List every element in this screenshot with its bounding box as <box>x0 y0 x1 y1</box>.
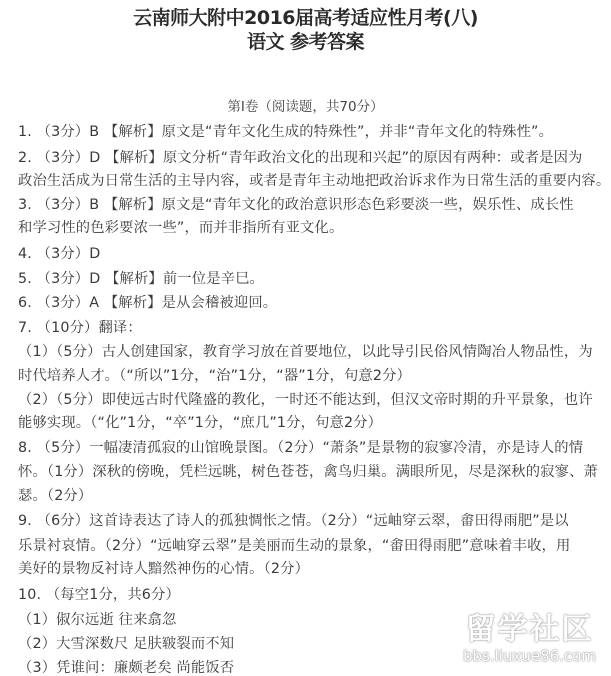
answer-line: 美好的景物反衬诗人黯然神伤的心情。（2分） <box>18 558 608 578</box>
answer-line: 1. （3分）B 【解析】原文是“青年文化生成的特殊性”，并非“青年文化的特殊性… <box>18 121 608 141</box>
answer-line: 6. （3分）A 【解析】是从会稽被迎回。 <box>18 292 608 312</box>
answer-line: （2）（5分）即使远古时代隆盛的教化，一时还不能达到，但汉文帝时期的升平景象，也… <box>18 389 608 409</box>
answer-line: 政治生活成为日常生活的主导内容，或者是青年主动地把政治诉求作为日常生活的重要内容… <box>18 170 608 190</box>
answer-line: 2. （3分）D 【解析】原文分析“青年政治文化的出现和兴起”的原因有两种：或者… <box>18 147 608 167</box>
watermark-text: 留学社区 <box>452 614 607 646</box>
answer-line: 9. （6分）这首诗表达了诗人的孤独惆怅之情。（2分）“远岫穿云翠，畬田得雨肥”… <box>18 510 608 530</box>
answer-line: 7. （10分）翻译： <box>18 317 608 337</box>
watermark-logo: 留学社区 bbs.liuxue86.com <box>452 614 607 672</box>
document-title: 云南师大附中2016届高考适应性月考(八) <box>0 3 611 30</box>
answer-line: 和学习性的色彩要浓一些”，而并非指所有亚文化。 <box>18 217 608 237</box>
answer-line: 10. （每空1分，共6分） <box>18 584 608 604</box>
answer-line: 乐景衬哀情。（2分）“远岫穿云翠”是美丽而生动的景象，“畬田得雨肥”意味着丰收，… <box>18 535 608 555</box>
answer-line: 怀。（1分）深秋的傍晚，凭栏远眺，树色苍苍，禽鸟归巢。满眼所见，尽是深秋的寂寥、… <box>18 461 608 481</box>
answer-line: 5. （3分）D 【解析】前一位是辛巳。 <box>18 268 608 288</box>
answer-line: 4. （3分）D <box>18 243 608 263</box>
answer-line: （1）（5分）古人创建国家，教育学习放在首要地位，以此导引民俗风情陶冶人物品性，… <box>18 341 608 361</box>
answer-line: 3. （3分）B 【解析】原文是“青年文化的政治意识形态色彩要淡一些，娱乐性、成… <box>18 194 608 214</box>
answer-line: 8. （5分）一幅凄清孤寂的山馆晚景图。（2分）“萧条”是景物的寂寥冷清，亦是诗… <box>18 437 608 457</box>
answer-line: 能够实现。（“化”1分，“卒”1分，“庶几”1分，句意2分） <box>18 412 608 432</box>
document-subtitle: 语文 参考答案 <box>0 27 611 54</box>
answer-line: 瑟。（2分） <box>18 485 608 505</box>
answer-line: 时代培养人才。（“所以”1分，“治”1分，“器”1分，句意2分） <box>18 365 608 385</box>
section-heading: 第Ⅰ卷（阅读题，共70分） <box>0 95 611 115</box>
watermark-url: bbs.liuxue86.com <box>452 646 607 666</box>
